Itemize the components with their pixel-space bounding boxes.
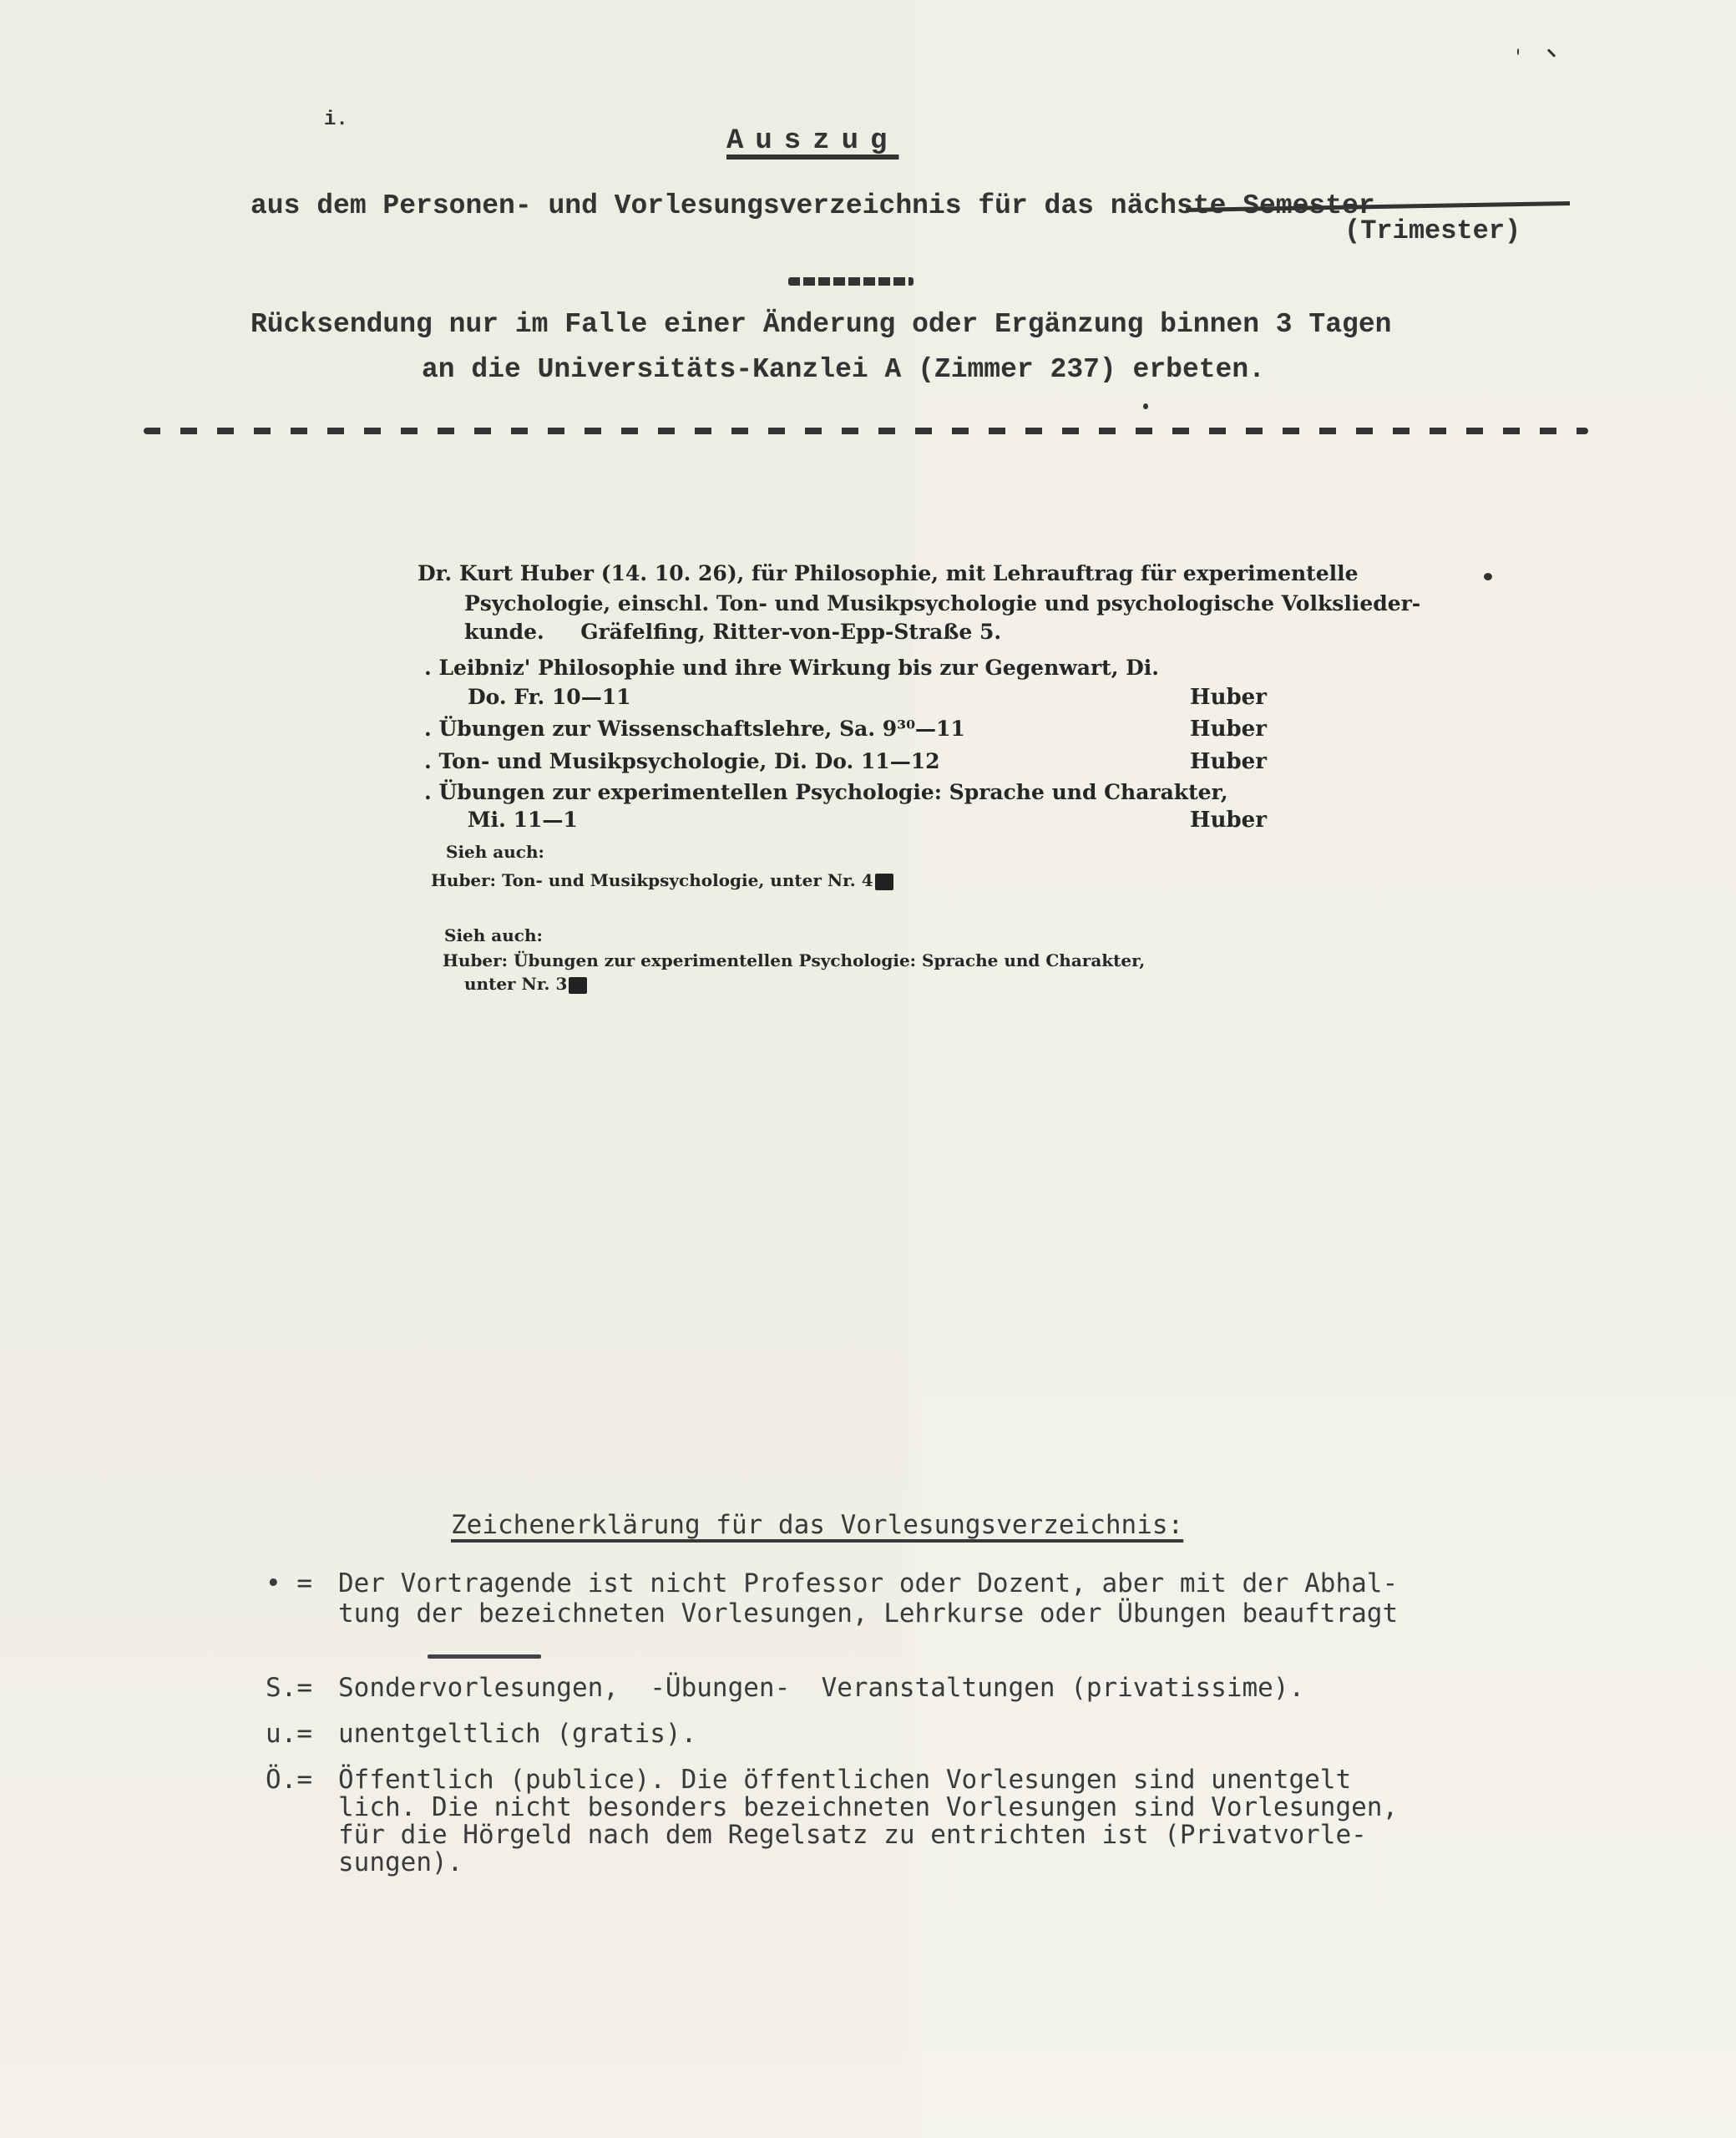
ink-speck: [1143, 403, 1148, 409]
see-also-text: Huber: Ton- und Musikpsychologie, unter …: [431, 870, 873, 890]
legend-key-s: S.=: [266, 1673, 312, 1703]
course-text: Übungen zur Wissenschaftslehre, Sa. 9³⁰—…: [438, 717, 964, 741]
document-subtitle: aus dem Personen- und Vorlesungsverzeich…: [251, 190, 1375, 221]
redaction-mark: [875, 874, 893, 890]
legend-text: lich. Die nicht besonders bezeichneten V…: [338, 1792, 1398, 1822]
legend-text: für die Hörgeld nach dem Regelsatz zu en…: [338, 1820, 1367, 1850]
entry-heading-line-2: Psychologie, einschl. Ton- und Musikpsyc…: [464, 591, 1420, 616]
subtitle-correction: (Trimester): [1344, 215, 1521, 246]
course-text: Übungen zur experimentellen Psychologie:…: [438, 780, 1227, 804]
corner-mark: i.: [324, 109, 348, 131]
document-title: Auszug: [726, 125, 898, 157]
course-marker: .: [424, 780, 432, 804]
legend-text: tung der bezeichneten Vorlesungen, Lehrk…: [338, 1598, 1398, 1629]
course-item: . Übungen zur experimentellen Psychologi…: [424, 780, 1228, 804]
short-separator: [788, 277, 914, 286]
see-also-reference: Huber: Ton- und Musikpsychologie, unter …: [431, 870, 893, 890]
see-also-label: Sieh auch:: [444, 925, 543, 945]
return-note-line-1: Rücksendung nur im Falle einer Änderung …: [251, 309, 1391, 340]
course-item: . Ton- und Musikpsychologie, Di. Do. 11—…: [424, 749, 940, 773]
course-lecturer: Huber: [1190, 749, 1267, 774]
legend-key-bullet: • =: [266, 1568, 312, 1598]
course-item: . Übungen zur Wissenschaftslehre, Sa. 9³…: [424, 717, 965, 741]
course-continuation: Do. Fr. 10—11: [468, 685, 631, 709]
course-lecturer: Huber: [1190, 808, 1267, 833]
entry-heading-line-1: Dr. Kurt Huber (14. 10. 26), für Philoso…: [418, 561, 1359, 585]
ink-speck: [1517, 48, 1519, 55]
legend-title: Zeichenerklärung für das Vorlesungsverze…: [451, 1510, 1183, 1540]
see-also-label: Sieh auch:: [446, 842, 544, 862]
redaction-mark: [569, 977, 587, 994]
course-lecturer: Huber: [1190, 685, 1267, 710]
legend-text: Der Vortragende ist nicht Professor oder…: [338, 1568, 1398, 1598]
see-also-reference: Huber: Übungen zur experimentellen Psych…: [443, 950, 1145, 970]
course-text: Leibniz' Philosophie und ihre Wirkung bi…: [438, 656, 1159, 680]
see-also-text: unter Nr. 3: [464, 974, 567, 994]
legend-text: Öffentlich (publice). Die öffentlichen V…: [338, 1765, 1351, 1795]
course-text: Ton- und Musikpsychologie, Di. Do. 11—12: [438, 749, 939, 773]
course-marker: .: [424, 749, 432, 773]
legend-key-u: u.=: [266, 1719, 312, 1749]
legend-text: Sondervorlesungen, -Übungen- Veranstaltu…: [338, 1673, 1304, 1703]
return-note-line-2: an die Universitäts-Kanzlei A (Zimmer 23…: [422, 354, 1265, 385]
legend-key-o: Ö.=: [266, 1765, 312, 1795]
course-continuation: Mi. 11—1: [468, 808, 578, 832]
course-item: . Leibniz' Philosophie und ihre Wirkung …: [424, 656, 1159, 680]
course-marker: .: [424, 717, 432, 741]
see-also-reference-continuation: unter Nr. 3: [464, 974, 587, 994]
course-lecturer: Huber: [1190, 717, 1267, 742]
legend-text: unentgeltlich (gratis).: [338, 1719, 696, 1749]
dashed-divider: [144, 428, 1588, 434]
legend-text: sungen).: [338, 1847, 463, 1877]
ink-speck: [1484, 573, 1492, 580]
entry-heading-line-3: kunde. Gräfelfing, Ritter-von-Epp-Straße…: [464, 620, 1001, 644]
legend-separator: [428, 1654, 541, 1659]
course-marker: .: [424, 656, 432, 680]
